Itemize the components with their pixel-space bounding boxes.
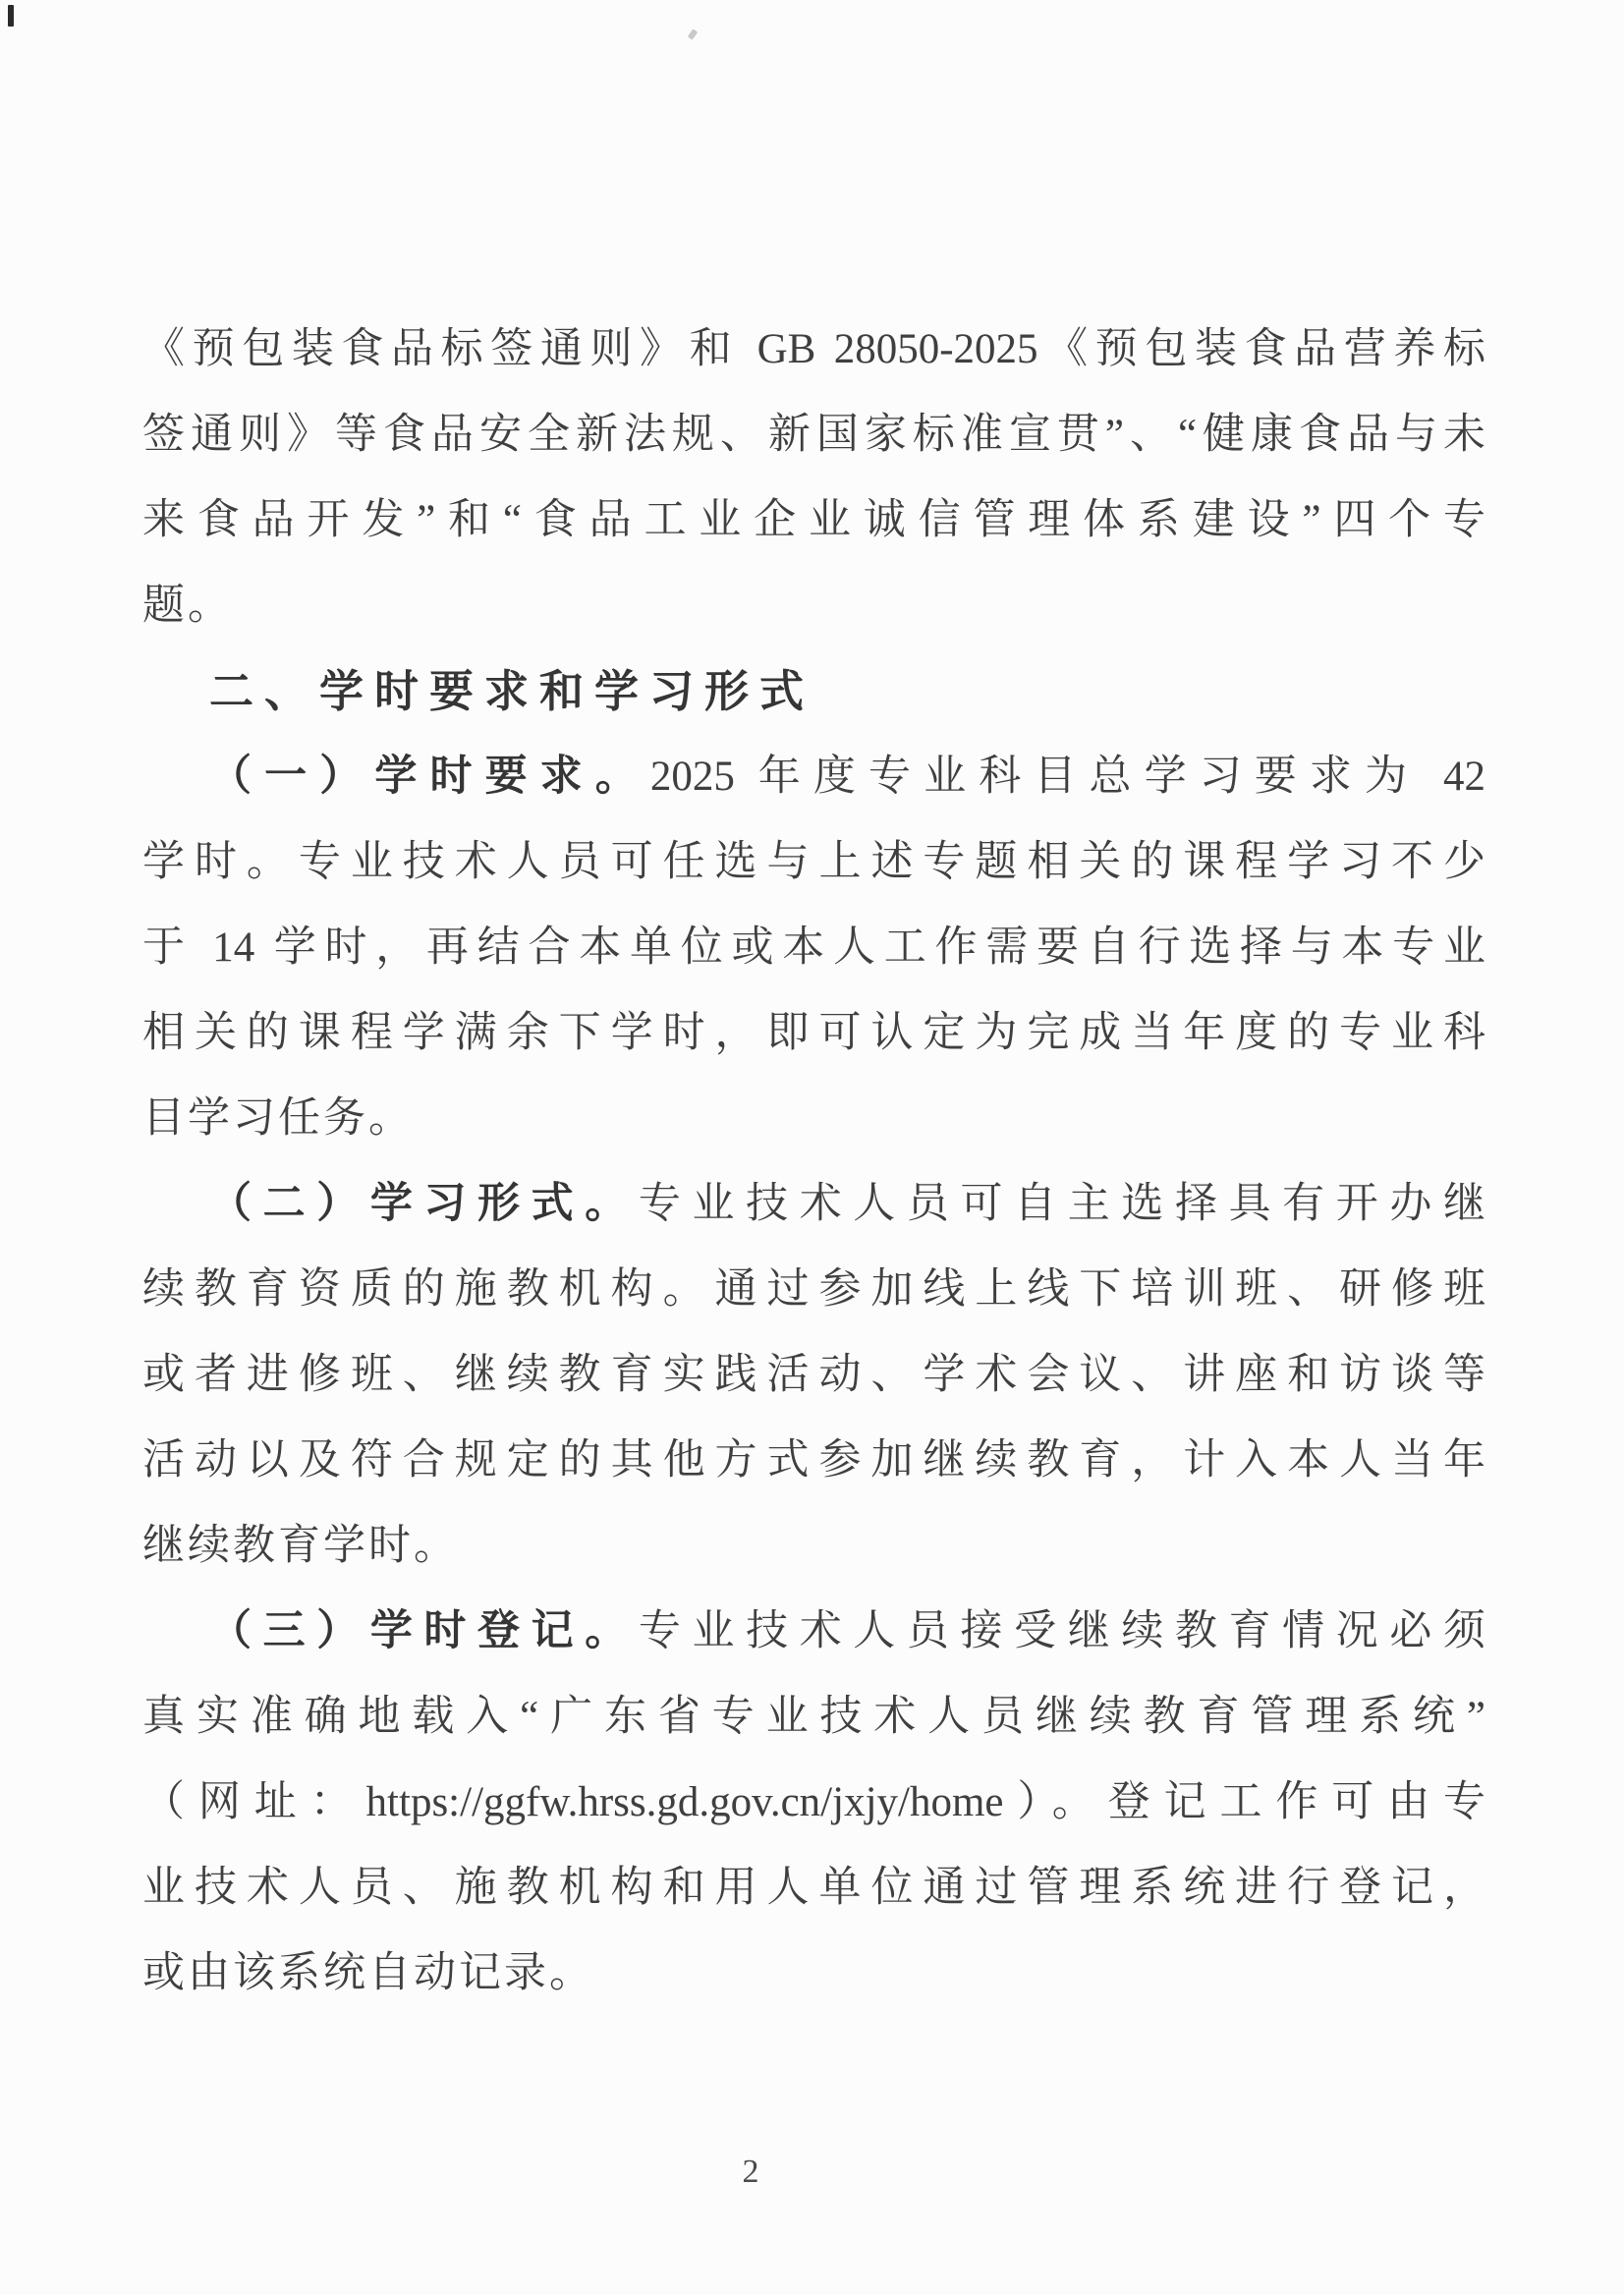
text-line: （二）学习形式。专业技术人员可自主选择具有开办继 xyxy=(142,1161,1485,1247)
text-segment: 签通则》等食品安全新法规、新国家标准宣贯”、“健康食品与未 xyxy=(142,412,1485,458)
bold-text-segment: （三）学时登记。 xyxy=(209,1608,639,1654)
text-segment: 目学习任务。 xyxy=(142,1095,414,1142)
text-segment: 《预包装食品标签通则》和 GB 28050-2025《预包装食品营养标 xyxy=(142,326,1485,372)
text-line: 签通则》等食品安全新法规、新国家标准宣贯”、“健康食品与未 xyxy=(142,392,1485,477)
text-line: （网址：https://ggfw.hrss.gd.gov.cn/jxjy/hom… xyxy=(142,1760,1485,1845)
bold-text-segment: 二、学时要求和学习形式 xyxy=(209,666,814,716)
text-segment: 或者进修班、继续教育实践活动、学术会议、讲座和访谈等 xyxy=(142,1352,1485,1398)
text-segment: 于 14 学时，再结合本单位或本人工作需要自行选择与本专业 xyxy=(142,924,1485,971)
text-line: 相关的课程学满余下学时，即可认定为完成当年度的专业科 xyxy=(142,990,1485,1076)
text-line: 学时。专业技术人员可任选与上述专题相关的课程学习不少 xyxy=(142,819,1485,905)
text-line: （一）学时要求。2025 年度专业科目总学习要求为 42 xyxy=(142,734,1485,819)
scan-mark xyxy=(8,5,14,27)
text-segment: 来食品开发”和“食品工业企业诚信管理体系建设”四个专 xyxy=(142,497,1485,543)
text-segment: 真实准确地载入“广东省专业技术人员继续教育管理系统” xyxy=(142,1694,1485,1740)
text-line: 或者进修班、继续教育实践活动、学术会议、讲座和访谈等 xyxy=(142,1332,1485,1418)
text-segment: 业技术人员、施教机构和用人单位通过管理系统进行登记， xyxy=(142,1865,1485,1911)
text-segment: 学时。专业技术人员可任选与上述专题相关的课程学习不少 xyxy=(142,839,1485,885)
text-line: 或由该系统自动记录。 xyxy=(142,1931,1485,2016)
page-number: 2 xyxy=(0,2154,1501,2191)
text-segment: 继续教育学时。 xyxy=(142,1523,459,1569)
text-line: 目学习任务。 xyxy=(142,1076,1485,1161)
text-line: 于 14 学时，再结合本单位或本人工作需要自行选择与本专业 xyxy=(142,905,1485,990)
scan-speck xyxy=(688,28,699,40)
document-page: 《预包装食品标签通则》和 GB 28050-2025《预包装食品营养标签通则》等… xyxy=(0,0,1624,2295)
section-heading: 二、学时要求和学习形式 xyxy=(142,648,1485,734)
bold-text-segment: （二）学习形式。 xyxy=(209,1181,639,1227)
text-line: 活动以及符合规定的其他方式参加继续教育，计入本人当年 xyxy=(142,1418,1485,1503)
text-segment: 专业技术人员接受继续教育情况必须 xyxy=(639,1608,1485,1654)
text-line: 题。 xyxy=(142,563,1485,648)
text-line: 续教育资质的施教机构。通过参加线上线下培训班、研修班 xyxy=(142,1247,1485,1332)
text-segment: 续教育资质的施教机构。通过参加线上线下培训班、研修班 xyxy=(142,1266,1485,1313)
text-segment: 专业技术人员可自主选择具有开办继 xyxy=(639,1181,1485,1227)
text-segment: 2025 年度专业科目总学习要求为 42 xyxy=(650,754,1485,800)
text-segment: 相关的课程学满余下学时，即可认定为完成当年度的专业科 xyxy=(142,1010,1485,1056)
text-line: 来食品开发”和“食品工业企业诚信管理体系建设”四个专 xyxy=(142,477,1485,563)
text-line: 业技术人员、施教机构和用人单位通过管理系统进行登记， xyxy=(142,1845,1485,1931)
text-segment: 活动以及符合规定的其他方式参加继续教育，计入本人当年 xyxy=(142,1437,1485,1483)
text-segment: （网址：https://ggfw.hrss.gd.gov.cn/jxjy/hom… xyxy=(142,1779,1485,1825)
text-line: 继续教育学时。 xyxy=(142,1503,1485,1589)
text-line: 真实准确地载入“广东省专业技术人员继续教育管理系统” xyxy=(142,1674,1485,1760)
text-line: 《预包装食品标签通则》和 GB 28050-2025《预包装食品营养标 xyxy=(142,307,1485,392)
text-segment: 或由该系统自动记录。 xyxy=(142,1950,594,1996)
text-segment: 题。 xyxy=(142,583,233,629)
bold-text-segment: （一）学时要求。 xyxy=(209,754,650,800)
document-body: 《预包装食品标签通则》和 GB 28050-2025《预包装食品营养标签通则》等… xyxy=(142,307,1485,2016)
text-line: （三）学时登记。专业技术人员接受继续教育情况必须 xyxy=(142,1589,1485,1674)
